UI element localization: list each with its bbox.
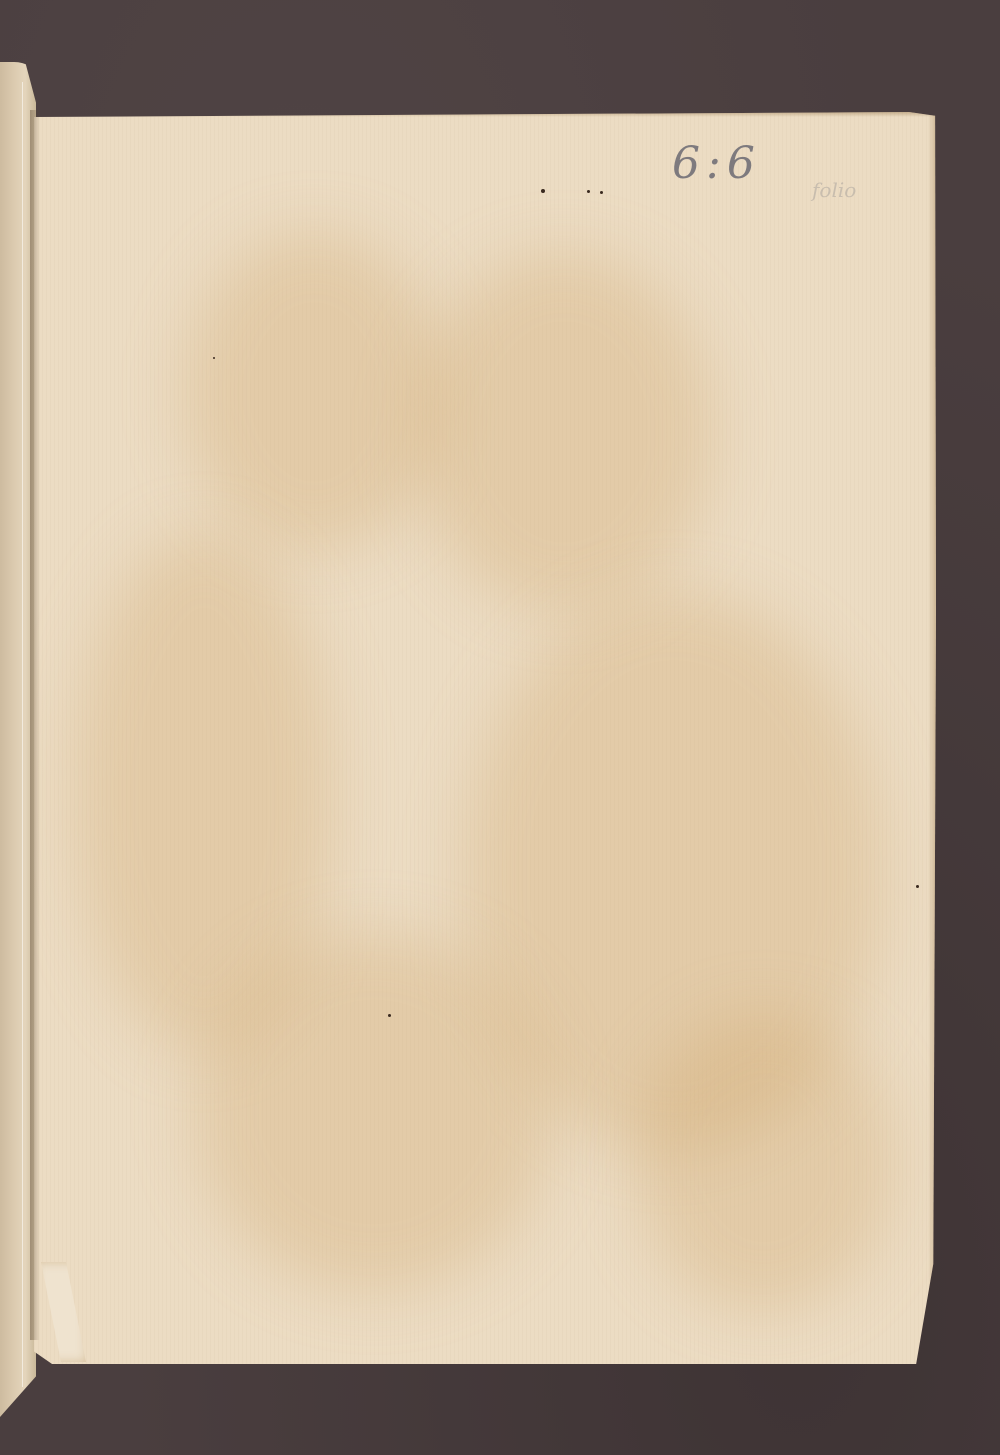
foxing-stain <box>414 252 714 612</box>
ink-speck <box>541 189 545 193</box>
foxing-stain <box>184 232 444 552</box>
foxing-stain <box>634 1012 894 1312</box>
ink-speck <box>916 885 919 888</box>
ink-speck <box>388 1014 391 1017</box>
gutter-shadow <box>30 110 40 1340</box>
ink-speck <box>587 190 590 193</box>
manuscript-page <box>34 112 936 1364</box>
foxing-stain <box>194 932 554 1292</box>
ink-speck <box>600 191 603 194</box>
pencil-shelfmark: 6:6 <box>672 138 761 189</box>
faint-pencil-note: folio <box>812 178 856 202</box>
ink-speck <box>213 357 215 359</box>
page-edge-line <box>22 82 23 1387</box>
